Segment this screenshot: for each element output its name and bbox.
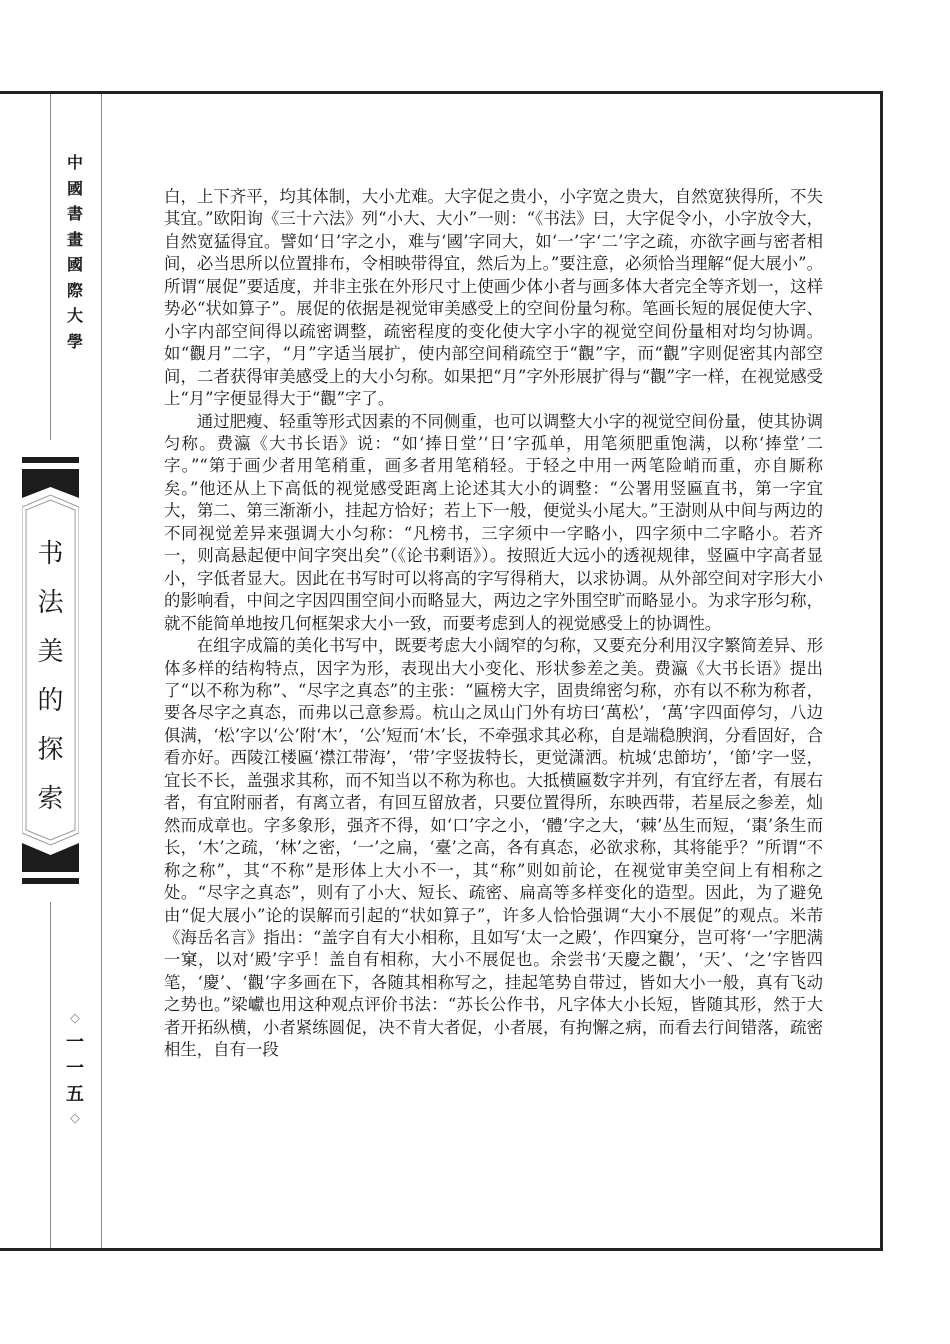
university-char: 大	[67, 303, 83, 329]
sidebar-rule-inner	[101, 94, 102, 1248]
page-number-char: 一	[66, 1056, 84, 1082]
frame-right-border	[880, 91, 883, 1251]
frame-top-border	[0, 91, 883, 94]
paragraph: 白，上下齐平，均其体制，大小尤难。大字促之贵小，小字宽之贵大，自然宽狭得所，不失…	[164, 186, 823, 411]
page-number: ◇ 一 一 五 ◇	[62, 1008, 88, 1130]
book-title-char: 法	[37, 579, 63, 628]
university-char: 際	[67, 278, 83, 304]
book-title-char: 书	[37, 530, 63, 579]
sidebar-rule-outer-top	[50, 94, 51, 440]
book-title-char: 索	[37, 775, 63, 824]
book-title-char: 探	[37, 726, 63, 775]
university-char: 國	[67, 252, 83, 278]
university-char: 中	[67, 150, 83, 176]
page-number-char: 一	[66, 1030, 84, 1056]
diamond-icon: ◇	[70, 1008, 80, 1030]
book-title-char: 的	[37, 677, 63, 726]
university-name-vertical: 中 國 書 畫 國 際 大 學	[62, 150, 88, 354]
university-char: 國	[67, 176, 83, 202]
university-char: 學	[67, 329, 83, 355]
body-text: 白，上下齐平，均其体制，大小尤难。大字促之贵小，小字宽之贵大，自然宽狭得所，不失…	[164, 186, 823, 1062]
sidebar-rule-outer-bottom	[50, 902, 51, 1248]
frame-bottom-border	[0, 1248, 883, 1251]
book-title-char: 美	[37, 628, 63, 677]
page-number-char: 五	[66, 1082, 84, 1108]
university-char: 畫	[67, 227, 83, 253]
university-char: 書	[67, 201, 83, 227]
diamond-icon: ◇	[70, 1108, 80, 1130]
paragraph: 在组字成篇的美化书写中，既要考虑大小阔窄的匀称，又要充分利用汉字繁简差异、形体多…	[164, 635, 823, 1062]
paragraph: 通过肥瘦、轻重等形式因素的不同侧重，也可以调整大小字的视觉空间份量，使其协调匀称…	[164, 411, 823, 636]
book-title-vertical: 书 法 美 的 探 索	[22, 530, 79, 824]
